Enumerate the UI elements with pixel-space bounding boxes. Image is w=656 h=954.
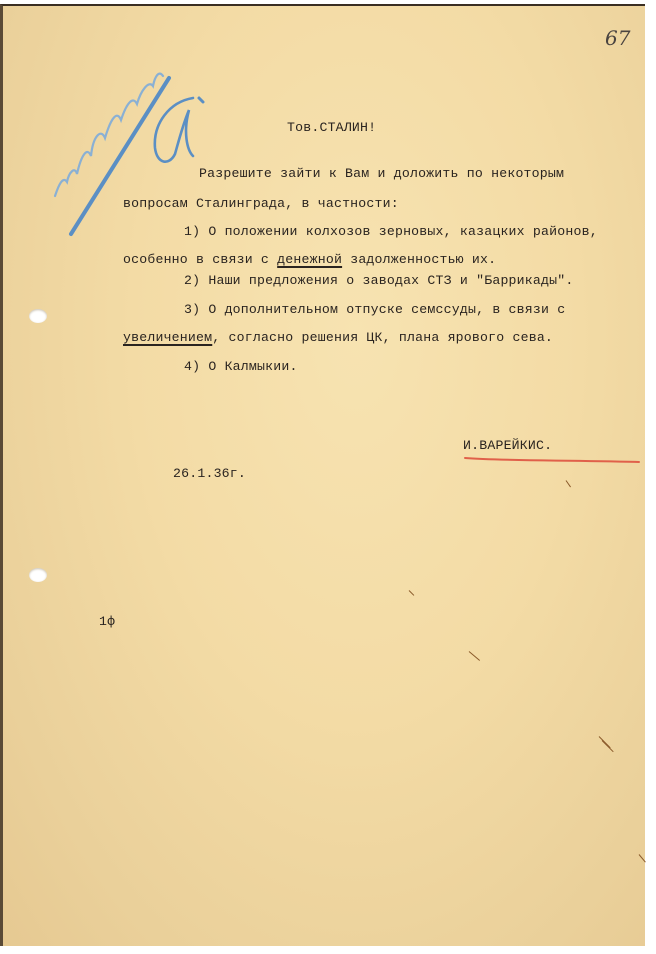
blue-pencil-annotation xyxy=(3,6,648,948)
document-page: 67 Тов.СТАЛИН! Разрешите зайти к Вам и д… xyxy=(0,4,645,946)
